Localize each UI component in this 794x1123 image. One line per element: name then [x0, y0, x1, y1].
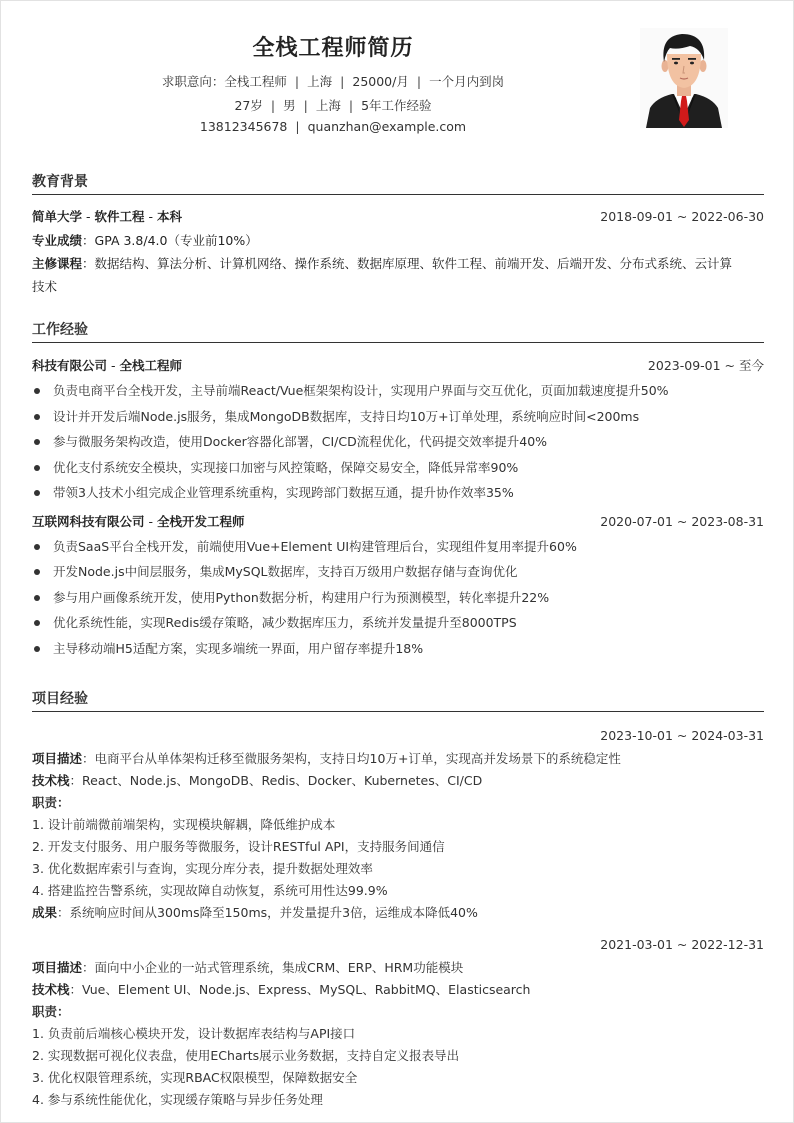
separator: |: [340, 74, 344, 89]
bullet-text: 负责电商平台全栈开发，主导前端React/Vue框架架构设计，实现用户界面与交互…: [53, 383, 669, 398]
duty-item: 1. 负责前后端核心模块开发，设计数据库表结构与API接口: [32, 1023, 764, 1045]
gpa-line: 专业成绩：GPA 3.8/4.0（专业前10%）: [32, 229, 764, 252]
dash: -: [145, 209, 157, 224]
job-role: 全栈开发工程师: [157, 514, 245, 529]
bullet-text: 带领3人技术小组完成企业管理系统重构，实现跨部门数据互通，提升协作效率35%: [53, 485, 514, 500]
duty-item: 2. 开发支付服务、用户服务等微服务，设计RESTful API，支持服务间通信: [32, 836, 764, 858]
duty-item: 3. 优化数据库索引与查询，实现分库分表，提升数据处理效率: [32, 858, 764, 880]
bullet-item: 参与用户画像系统开发，使用Python数据分析，构建用户行为预测模型，转化率提升…: [32, 585, 764, 611]
dash: -: [145, 514, 157, 529]
project-date: 2023-10-01 ~ 2024-03-31: [600, 724, 764, 748]
bullet-item: 参与微服务架构改造，使用Docker容器化部署，CI/CD流程优化，代码提交效率…: [32, 429, 764, 455]
bullet-text: 参与用户画像系统开发，使用Python数据分析，构建用户行为预测模型，转化率提升…: [53, 590, 549, 605]
job-date: 2020-07-01 ~ 2023-08-31: [600, 509, 764, 534]
bullet-item: 带领3人技术小组完成企业管理系统重构，实现跨部门数据互通，提升协作效率35%: [32, 480, 764, 506]
expected-salary: 25000/月: [352, 74, 408, 89]
project-entry: 2023-10-01 ~ 2024-03-31 项目描述：电商平台从单体架构迁移…: [32, 724, 764, 924]
job-entry: 科技有限公司 - 全栈工程师 2023-09-01 ~ 至今 负责电商平台全栈开…: [32, 353, 764, 506]
work-section: 工作经验 科技有限公司 - 全栈工程师 2023-09-01 ~ 至今 负责电商…: [32, 319, 764, 661]
education-entry-header: 简单大学 - 软件工程 - 本科 2018-09-01 ~ 2022-06-30: [32, 204, 764, 229]
age: 27岁: [234, 98, 262, 113]
phone: 13812345678: [200, 119, 287, 134]
duty-item: 3. 优化权限管理系统，实现RBAC权限模型，保障数据安全: [32, 1067, 764, 1089]
major: 软件工程: [94, 209, 144, 224]
company-name: 科技有限公司: [32, 358, 107, 373]
separator: |: [295, 74, 299, 89]
colon: ：: [82, 233, 95, 248]
bullet-icon: [34, 388, 40, 394]
project-header: 2023-10-01 ~ 2024-03-31: [32, 724, 764, 748]
bullet-icon: [34, 414, 40, 420]
separator: |: [304, 98, 308, 113]
project-desc-line: 项目描述：面向中小企业的一站式管理系统，集成CRM、ERP、HRM功能模块: [32, 957, 764, 979]
project-desc-line: 项目描述：电商平台从单体架构迁移至微服务架构，支持日均10万+订单，实现高并发场…: [32, 748, 764, 770]
project-desc: 电商平台从单体架构迁移至微服务架构，支持日均10万+订单，实现高并发场景下的系统…: [95, 751, 621, 766]
job-intention: 求职意向：全栈工程师: [162, 74, 287, 89]
education-school-major: 简单大学 - 软件工程 - 本科: [32, 204, 182, 229]
dash: -: [107, 358, 119, 373]
courses-line: 主修课程：数据结构、算法分析、计算机网络、操作系统、数据库原理、软件工程、前端开…: [32, 252, 764, 275]
separator: |: [271, 98, 275, 113]
bullet-item: 负责SaaS平台全栈开发，前端使用Vue+Element UI构建管理后台，实现…: [32, 534, 764, 560]
project-stack-line: 技术栈：Vue、Element UI、Node.js、Express、MySQL…: [32, 979, 764, 1001]
project-desc-label: 项目描述: [32, 960, 82, 975]
job-date: 2023-09-01 ~ 至今: [648, 353, 764, 378]
project-result: 系统响应时间从300ms降至150ms，并发量提升3倍，运维成本降低40%: [70, 905, 478, 920]
projects-section: 项目经验 2023-10-01 ~ 2024-03-31 项目描述：电商平台从单…: [32, 688, 764, 1111]
project-stack: React、Node.js、MongoDB、Redis、Docker、Kuber…: [82, 773, 482, 788]
bullet-text: 负责SaaS平台全栈开发，前端使用Vue+Element UI构建管理后台，实现…: [53, 539, 577, 554]
email: quanzhan@example.com: [308, 119, 466, 134]
project-result-label: 成果: [32, 905, 57, 920]
project-stack-label: 技术栈: [32, 982, 70, 997]
company-name: 互联网科技有限公司: [32, 514, 145, 529]
gender: 男: [283, 98, 296, 113]
availability: 一个月内到岗: [429, 74, 504, 89]
education-section: 教育背景 简单大学 - 软件工程 - 本科 2018-09-01 ~ 2022-…: [32, 171, 764, 298]
colon: ：: [70, 773, 83, 788]
dash: -: [82, 209, 94, 224]
courses-label: 主修课程: [32, 256, 82, 271]
resume-page: 全栈工程师简历 求职意向：全栈工程师|上海|25000/月|一个月内到岗 27岁…: [0, 0, 794, 1123]
personal-info-line: 27岁|男|上海|5年工作经验: [1, 96, 665, 114]
bullet-item: 优化支付系统安全模块，实现接口加密与风控策略，保障交易安全，降低异常率90%: [32, 455, 764, 481]
education-date: 2018-09-01 ~ 2022-06-30: [600, 204, 764, 229]
separator: |: [349, 98, 353, 113]
bullet-icon: [34, 646, 40, 652]
job-header: 互联网科技有限公司 - 全栈开发工程师 2020-07-01 ~ 2023-08…: [32, 509, 764, 534]
colon: ：: [82, 751, 95, 766]
colon: ：: [70, 982, 83, 997]
bullet-icon: [34, 620, 40, 626]
avatar-illustration: [640, 28, 728, 128]
duty-item: 1. 设计前端微前端架构，实现模块解耦，降低维护成本: [32, 814, 764, 836]
duty-item: 4. 参与系统性能优化，实现缓存策略与异步任务处理: [32, 1089, 764, 1111]
bullet-item: 设计并开发后端Node.js服务，集成MongoDB数据库，支持日均10万+订单…: [32, 404, 764, 430]
colon: ：: [57, 905, 70, 920]
job-company-role: 科技有限公司 - 全栈工程师: [32, 353, 182, 378]
location: 上海: [316, 98, 341, 113]
project-stack-label: 技术栈: [32, 773, 70, 788]
job-bullets: 负责电商平台全栈开发，主导前端React/Vue框架架构设计，实现用户界面与交互…: [32, 378, 764, 506]
bullet-text: 参与微服务架构改造，使用Docker容器化部署，CI/CD流程优化，代码提交效率…: [53, 434, 547, 449]
section-title-work: 工作经验: [32, 319, 764, 343]
colon: ：: [82, 256, 95, 271]
avatar-photo: [640, 28, 728, 128]
duty-item: 2. 实现数据可视化仪表盘，使用ECharts展示业务数据，支持自定义报表导出: [32, 1045, 764, 1067]
job-bullets: 负责SaaS平台全栈开发，前端使用Vue+Element UI构建管理后台，实现…: [32, 534, 764, 662]
courses-value: 数据结构、算法分析、计算机网络、操作系统、数据库原理、软件工程、前端开发、后端开…: [95, 256, 733, 271]
bullet-text: 开发Node.js中间层服务，集成MySQL数据库，支持百万级用户数据存储与查询…: [53, 564, 518, 579]
project-result-line: 成果：系统响应时间从300ms降至150ms，并发量提升3倍，运维成本降低40%: [32, 902, 764, 924]
duty-item: 4. 搭建监控告警系统，实现故障自动恢复，系统可用性达99.9%: [32, 880, 764, 902]
experience-years: 5年工作经验: [361, 98, 431, 113]
bullet-icon: [34, 439, 40, 445]
colon: ：: [82, 960, 95, 975]
degree: 本科: [157, 209, 182, 224]
project-stack: Vue、Element UI、Node.js、Express、MySQL、Rab…: [82, 982, 530, 997]
contact-line: 13812345678|quanzhan@example.com: [1, 119, 665, 134]
job-role: 全栈工程师: [119, 358, 182, 373]
gpa-value: GPA 3.8/4.0（专业前10%）: [95, 233, 258, 248]
bullet-item: 开发Node.js中间层服务，集成MySQL数据库，支持百万级用户数据存储与查询…: [32, 559, 764, 585]
project-duty-label: 职责：: [32, 1001, 764, 1023]
job-entry: 互联网科技有限公司 - 全栈开发工程师 2020-07-01 ~ 2023-08…: [32, 509, 764, 662]
job-company-role: 互联网科技有限公司 - 全栈开发工程师: [32, 509, 245, 534]
project-entry: 2021-03-01 ~ 2022-12-31 项目描述：面向中小企业的一站式管…: [32, 933, 764, 1111]
bullet-text: 设计并开发后端Node.js服务，集成MongoDB数据库，支持日均10万+订单…: [53, 409, 639, 424]
bullet-text: 主导移动端H5适配方案，实现多端统一界面，用户留存率提升18%: [53, 641, 423, 656]
school-name: 简单大学: [32, 209, 82, 224]
section-title-projects: 项目经验: [32, 688, 764, 712]
bullet-item: 优化系统性能，实现Redis缓存策略，减少数据库压力，系统并发量提升至8000T…: [32, 610, 764, 636]
bullet-icon: [34, 544, 40, 550]
bullet-item: 主导移动端H5适配方案，实现多端统一界面，用户留存率提升18%: [32, 636, 764, 662]
project-desc: 面向中小企业的一站式管理系统，集成CRM、ERP、HRM功能模块: [95, 960, 464, 975]
project-desc-label: 项目描述: [32, 751, 82, 766]
bullet-icon: [34, 569, 40, 575]
courses-line-wrap: 技术: [32, 275, 764, 298]
resume-header: 全栈工程师简历 求职意向：全栈工程师|上海|25000/月|一个月内到岗 27岁…: [1, 1, 794, 151]
job-city: 上海: [307, 74, 332, 89]
page-title: 全栈工程师简历: [1, 31, 665, 62]
bullet-icon: [34, 465, 40, 471]
section-title-education: 教育背景: [32, 171, 764, 195]
project-duty-label: 职责：: [32, 792, 764, 814]
project-header: 2021-03-01 ~ 2022-12-31: [32, 933, 764, 957]
separator: |: [417, 74, 421, 89]
bullet-icon: [34, 595, 40, 601]
bullet-text: 优化系统性能，实现Redis缓存策略，减少数据库压力，系统并发量提升至8000T…: [53, 615, 517, 630]
job-intention-line: 求职意向：全栈工程师|上海|25000/月|一个月内到岗: [1, 72, 665, 90]
job-header: 科技有限公司 - 全栈工程师 2023-09-01 ~ 至今: [32, 353, 764, 378]
bullet-item: 负责电商平台全栈开发，主导前端React/Vue框架架构设计，实现用户界面与交互…: [32, 378, 764, 404]
project-date: 2021-03-01 ~ 2022-12-31: [600, 933, 764, 957]
separator: |: [295, 119, 299, 134]
gpa-label: 专业成绩: [32, 233, 82, 248]
bullet-icon: [34, 490, 40, 496]
project-stack-line: 技术栈：React、Node.js、MongoDB、Redis、Docker、K…: [32, 770, 764, 792]
bullet-text: 优化支付系统安全模块，实现接口加密与风控策略，保障交易安全，降低异常率90%: [53, 460, 518, 475]
